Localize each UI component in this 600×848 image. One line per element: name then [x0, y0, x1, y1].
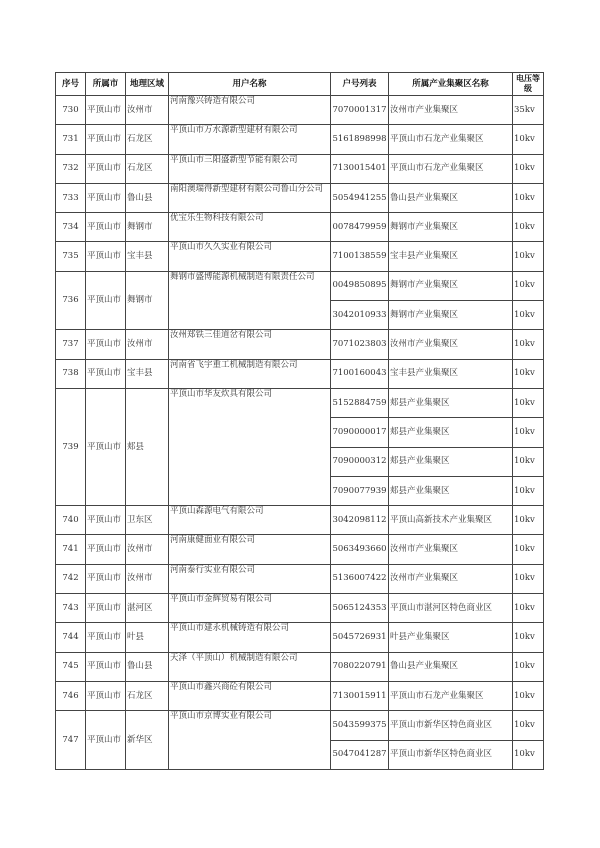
table-row: 734平顶山市舞钢市优宝乐生物科技有限公司0078479959舞钢市产业集聚区1…: [56, 213, 544, 242]
cell-seq: 745: [56, 652, 86, 681]
cell-voltage: 10kv: [513, 652, 544, 681]
table-row: 745平顶山市鲁山县天泽（平顶山）机械制造有限公司7080220791鲁山县产业…: [56, 652, 544, 681]
cell-seq: 736: [56, 271, 86, 330]
cell-account-id: 3042010933: [331, 301, 389, 330]
table-row: 747平顶山市新华区平顶山市京博实业有限公司5043599375平顶山市新华区特…: [56, 711, 544, 740]
cell-seq: 747: [56, 711, 86, 770]
cell-area: 汝州市: [126, 96, 169, 125]
cell-industry-zone: 郏县产业集聚区: [389, 476, 513, 505]
cell-seq: 740: [56, 506, 86, 535]
header-account-list: 户号列表: [331, 73, 389, 96]
cell-industry-zone: 舞钢市产业集聚区: [389, 213, 513, 242]
cell-seq: 742: [56, 564, 86, 593]
cell-voltage: 10kv: [513, 183, 544, 212]
cell-user-name: 平顶山市建永机械铸造有限公司: [169, 623, 331, 652]
cell-voltage: 10kv: [513, 301, 544, 330]
cell-account-id: 5065124353: [331, 594, 389, 623]
cell-industry-zone: 平顶山市新华区特色商业区: [389, 740, 513, 769]
cell-industry-zone: 叶县产业集聚区: [389, 623, 513, 652]
cell-voltage: 10kv: [513, 271, 544, 300]
cell-voltage: 10kv: [513, 711, 544, 740]
table-body: 730平顶山市汝州市河南豫兴铸造有限公司7070001317汝州市产业集聚区35…: [56, 96, 544, 770]
cell-account-id: 7071023803: [331, 330, 389, 359]
table-row: 735平顶山市宝丰县平顶山市久久实业有限公司7100138559宝丰县产业集聚区…: [56, 242, 544, 271]
cell-account-id: 7100138559: [331, 242, 389, 271]
cell-voltage: 10kv: [513, 681, 544, 710]
cell-area: 汝州市: [126, 330, 169, 359]
cell-account-id: 7090000312: [331, 447, 389, 476]
cell-account-id: 5047041287: [331, 740, 389, 769]
cell-city: 平顶山市: [86, 242, 126, 271]
cell-voltage: 10kv: [513, 740, 544, 769]
table-row: 739平顶山市郏县平顶山市华友炊具有限公司5152884759郏县产业集聚区10…: [56, 388, 544, 417]
cell-industry-zone: 平顶山市石龙产业集聚区: [389, 154, 513, 183]
cell-user-name: 平顶山市三阳盛新型节能有限公司: [169, 154, 331, 183]
cell-industry-zone: 宝丰县产业集聚区: [389, 359, 513, 388]
cell-industry-zone: 汝州市产业集聚区: [389, 535, 513, 564]
table-row: 733平顶山市鲁山县南阳澳瑞得新型建材有限公司鲁山分公司5054941255鲁山…: [56, 183, 544, 212]
cell-account-id: 0049850895: [331, 271, 389, 300]
cell-account-id: 5063493660: [331, 535, 389, 564]
cell-voltage: 35kv: [513, 96, 544, 125]
table-row: 732平顶山市石龙区平顶山市三阳盛新型节能有限公司7130015401平顶山市石…: [56, 154, 544, 183]
cell-voltage: 10kv: [513, 418, 544, 447]
cell-user-name: 河南康健面业有限公司: [169, 535, 331, 564]
cell-voltage: 10kv: [513, 330, 544, 359]
cell-user-name: 舞钢市盛博能源机械制造有限责任公司: [169, 271, 331, 330]
cell-user-name: 平顶山市华友炊具有限公司: [169, 388, 331, 505]
cell-city: 平顶山市: [86, 330, 126, 359]
cell-area: 石龙区: [126, 681, 169, 710]
cell-city: 平顶山市: [86, 388, 126, 505]
table-row: 738平顶山市宝丰县河南省飞宇重工机械制造有限公司7100160043宝丰县产业…: [56, 359, 544, 388]
cell-industry-zone: 舞钢市产业集聚区: [389, 271, 513, 300]
cell-city: 平顶山市: [86, 183, 126, 212]
cell-area: 新华区: [126, 711, 169, 770]
cell-city: 平顶山市: [86, 213, 126, 242]
cell-area: 石龙区: [126, 125, 169, 154]
cell-user-name: 优宝乐生物科技有限公司: [169, 213, 331, 242]
cell-seq: 733: [56, 183, 86, 212]
cell-city: 平顶山市: [86, 271, 126, 330]
cell-account-id: 3042098112: [331, 506, 389, 535]
enterprise-table: 序号 所属市 地理区域 用户名称 户号列表 所属产业集聚区名称 电压等级 730…: [55, 72, 544, 770]
cell-account-id: 7070001317: [331, 96, 389, 125]
cell-account-id: 5161898998: [331, 125, 389, 154]
cell-area: 舞钢市: [126, 271, 169, 330]
table-row: 737平顶山市汝州市汝州郑铁三佳道岔有限公司7071023803汝州市产业集聚区…: [56, 330, 544, 359]
cell-account-id: 5136007422: [331, 564, 389, 593]
cell-account-id: 0078479959: [331, 213, 389, 242]
header-area: 地理区域: [126, 73, 169, 96]
table-row: 742平顶山市汝州市河南泰行实业有限公司5136007422汝州市产业集聚区10…: [56, 564, 544, 593]
cell-voltage: 10kv: [513, 242, 544, 271]
cell-industry-zone: 汝州市产业集聚区: [389, 564, 513, 593]
cell-industry-zone: 鲁山县产业集聚区: [389, 652, 513, 681]
cell-city: 平顶山市: [86, 623, 126, 652]
cell-account-id: 5152884759: [331, 388, 389, 417]
cell-industry-zone: 平顶山市新华区特色商业区: [389, 711, 513, 740]
cell-area: 叶县: [126, 623, 169, 652]
cell-industry-zone: 宝丰县产业集聚区: [389, 242, 513, 271]
cell-voltage: 10kv: [513, 594, 544, 623]
cell-user-name: 平顶山市万水源新型建材有限公司: [169, 125, 331, 154]
cell-city: 平顶山市: [86, 652, 126, 681]
header-city: 所属市: [86, 73, 126, 96]
cell-account-id: 7090077939: [331, 476, 389, 505]
cell-user-name: 南阳澳瑞得新型建材有限公司鲁山分公司: [169, 183, 331, 212]
cell-area: 宝丰县: [126, 359, 169, 388]
cell-seq: 741: [56, 535, 86, 564]
cell-industry-zone: 郏县产业集聚区: [389, 447, 513, 476]
cell-industry-zone: 平顶山市石龙产业集聚区: [389, 125, 513, 154]
cell-seq: 730: [56, 96, 86, 125]
cell-voltage: 10kv: [513, 447, 544, 476]
cell-city: 平顶山市: [86, 125, 126, 154]
cell-city: 平顶山市: [86, 96, 126, 125]
cell-voltage: 10kv: [513, 213, 544, 242]
table-row: 730平顶山市汝州市河南豫兴铸造有限公司7070001317汝州市产业集聚区35…: [56, 96, 544, 125]
cell-industry-zone: 汝州市产业集聚区: [389, 330, 513, 359]
table-row: 746平顶山市石龙区平顶山市鑫兴商砼有限公司7130015911平顶山市石龙产业…: [56, 681, 544, 710]
cell-account-id: 5054941255: [331, 183, 389, 212]
cell-seq: 735: [56, 242, 86, 271]
cell-city: 平顶山市: [86, 154, 126, 183]
cell-area: 卫东区: [126, 506, 169, 535]
cell-industry-zone: 平顶山高新技术产业集聚区: [389, 506, 513, 535]
cell-user-name: 平顶山市京博实业有限公司: [169, 711, 331, 770]
cell-user-name: 河南豫兴铸造有限公司: [169, 96, 331, 125]
header-seq: 序号: [56, 73, 86, 96]
cell-area: 舞钢市: [126, 213, 169, 242]
cell-voltage: 10kv: [513, 359, 544, 388]
cell-user-name: 天泽（平顶山）机械制造有限公司: [169, 652, 331, 681]
cell-account-id: 5043599375: [331, 711, 389, 740]
table-row: 743平顶山市湛河区平顶山市金辉贸易有限公司5065124353平顶山市湛河区特…: [56, 594, 544, 623]
table-row: 731平顶山市石龙区平顶山市万水源新型建材有限公司5161898998平顶山市石…: [56, 125, 544, 154]
cell-area: 石龙区: [126, 154, 169, 183]
cell-account-id: 7090000017: [331, 418, 389, 447]
cell-seq: 743: [56, 594, 86, 623]
cell-user-name: 平顶山市鑫兴商砼有限公司: [169, 681, 331, 710]
header-industry-zone: 所属产业集聚区名称: [389, 73, 513, 96]
cell-seq: 732: [56, 154, 86, 183]
cell-voltage: 10kv: [513, 506, 544, 535]
cell-industry-zone: 平顶山市石龙产业集聚区: [389, 681, 513, 710]
cell-voltage: 10kv: [513, 154, 544, 183]
cell-user-name: 汝州郑铁三佳道岔有限公司: [169, 330, 331, 359]
cell-voltage: 10kv: [513, 476, 544, 505]
cell-city: 平顶山市: [86, 506, 126, 535]
cell-area: 郏县: [126, 388, 169, 505]
cell-user-name: 河南省飞宇重工机械制造有限公司: [169, 359, 331, 388]
cell-industry-zone: 平顶山市湛河区特色商业区: [389, 594, 513, 623]
cell-area: 汝州市: [126, 535, 169, 564]
cell-industry-zone: 鲁山县产业集聚区: [389, 183, 513, 212]
table-row: 744平顶山市叶县平顶山市建永机械铸造有限公司5045726931叶县产业集聚区…: [56, 623, 544, 652]
table-row: 741平顶山市汝州市河南康健面业有限公司5063493660汝州市产业集聚区10…: [56, 535, 544, 564]
cell-voltage: 10kv: [513, 564, 544, 593]
cell-voltage: 10kv: [513, 623, 544, 652]
cell-account-id: 7130015401: [331, 154, 389, 183]
table-row: 740平顶山市卫东区平顶山森源电气有限公司3042098112平顶山高新技术产业…: [56, 506, 544, 535]
cell-account-id: 7100160043: [331, 359, 389, 388]
cell-area: 鲁山县: [126, 183, 169, 212]
cell-area: 宝丰县: [126, 242, 169, 271]
cell-voltage: 10kv: [513, 125, 544, 154]
cell-industry-zone: 汝州市产业集聚区: [389, 96, 513, 125]
cell-user-name: 平顶山森源电气有限公司: [169, 506, 331, 535]
cell-area: 汝州市: [126, 564, 169, 593]
cell-seq: 738: [56, 359, 86, 388]
cell-seq: 744: [56, 623, 86, 652]
cell-industry-zone: 舞钢市产业集聚区: [389, 301, 513, 330]
header-voltage: 电压等级: [513, 73, 544, 96]
cell-seq: 734: [56, 213, 86, 242]
cell-city: 平顶山市: [86, 681, 126, 710]
cell-voltage: 10kv: [513, 388, 544, 417]
cell-area: 湛河区: [126, 594, 169, 623]
cell-voltage: 10kv: [513, 535, 544, 564]
cell-city: 平顶山市: [86, 594, 126, 623]
cell-user-name: 平顶山市金辉贸易有限公司: [169, 594, 331, 623]
cell-seq: 739: [56, 388, 86, 505]
cell-account-id: 5045726931: [331, 623, 389, 652]
table-row: 736平顶山市舞钢市舞钢市盛博能源机械制造有限责任公司0049850895舞钢市…: [56, 271, 544, 300]
cell-account-id: 7130015911: [331, 681, 389, 710]
cell-seq: 737: [56, 330, 86, 359]
cell-industry-zone: 郏县产业集聚区: [389, 388, 513, 417]
cell-city: 平顶山市: [86, 564, 126, 593]
cell-city: 平顶山市: [86, 359, 126, 388]
header-user-name: 用户名称: [169, 73, 331, 96]
cell-seq: 746: [56, 681, 86, 710]
cell-city: 平顶山市: [86, 535, 126, 564]
cell-user-name: 河南泰行实业有限公司: [169, 564, 331, 593]
cell-area: 鲁山县: [126, 652, 169, 681]
cell-user-name: 平顶山市久久实业有限公司: [169, 242, 331, 271]
cell-account-id: 7080220791: [331, 652, 389, 681]
cell-industry-zone: 郏县产业集聚区: [389, 418, 513, 447]
cell-city: 平顶山市: [86, 711, 126, 770]
cell-seq: 731: [56, 125, 86, 154]
header-row: 序号 所属市 地理区域 用户名称 户号列表 所属产业集聚区名称 电压等级: [56, 73, 544, 96]
